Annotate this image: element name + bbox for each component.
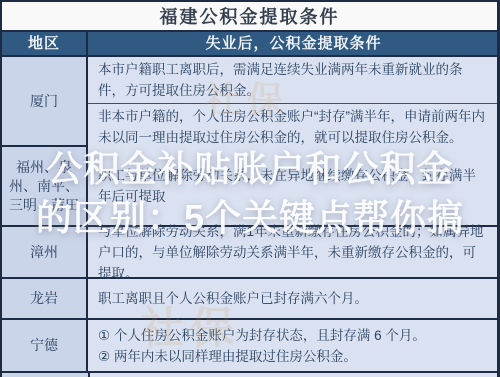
region-cell: 宁德: [2, 320, 88, 371]
region-cell-sliver: [2, 373, 90, 377]
region-cell: 厦门: [2, 57, 88, 145]
page-title: 福建公积金提取条件: [160, 3, 340, 29]
conditions-table: 地区 失业后，公积金提取条件 厦门 本市户籍职工离职后，需满足连续失业满两年未重…: [2, 32, 497, 377]
condition-cell: 职工离职且个人公积金账户已封存满六个月。: [88, 279, 497, 318]
table-row-longyan: 龙岩 职工离职且个人公积金账户已封存满六个月。: [2, 279, 497, 320]
header-condition: 失业后，公积金提取条件: [88, 32, 497, 55]
title-bar: 福建公积金提取条件: [2, 2, 497, 30]
screenshot-frame: 福建公积金提取条件 地区 失业后，公积金提取条件 厦门 本市户籍职工离职后，需满…: [0, 0, 500, 377]
condition-cell: 非本市户籍的，个人住房公积金账户“封存”满半年，申请前两年内未以同一理由提取过住…: [88, 104, 497, 150]
table-row-fuzhou-group: 福州、泉州、南平、三明、莆田 职工与单位解除劳动关系，未在异地继续缴存公积金，封…: [2, 147, 497, 227]
condition-line: ① 个人住房公积金账户为封存状态，且封存满 6 个月。: [98, 325, 489, 346]
table-next-row-sliver: [2, 373, 497, 377]
condition-cell: 本市户籍职工离职后，需满足连续失业满两年未重新就业的条件，方可提取住房公积金。: [88, 57, 497, 104]
condition-cell: 与单位解除劳动关系，满1年未重新缴存住房公积金的；如属异地户口的，与单位解除劳动…: [88, 227, 497, 277]
condition-line: ② 两年内未以同样理由提取过住房公积金。: [98, 346, 489, 367]
region-cell: 漳州: [2, 227, 88, 277]
region-cell: 福州、泉州、南平、三明、莆田: [2, 147, 88, 225]
header-region: 地区: [2, 32, 88, 55]
table-header-row: 地区 失业后，公积金提取条件: [2, 32, 497, 57]
region-cell: 龙岩: [2, 279, 88, 318]
condition-cell: 职工与单位解除劳动关系，未在异地继续缴存公积金，封存满半年后可提取: [88, 147, 497, 225]
table-row-zhangzhou: 漳州 与单位解除劳动关系，满1年未重新缴存住房公积金的；如属异地户口的，与单位解…: [2, 227, 497, 279]
table-row-ningde: 宁德 ① 个人住房公积金账户为封存状态，且封存满 6 个月。 ② 两年内未以同样…: [2, 320, 497, 373]
condition-cell-group: 本市户籍职工离职后，需满足连续失业满两年未重新就业的条件，方可提取住房公积金。 …: [88, 57, 497, 145]
condition-cell: ① 个人住房公积金账户为封存状态，且封存满 6 个月。 ② 两年内未以同样理由提…: [88, 320, 497, 371]
table-row-xiamen: 厦门 本市户籍职工离职后，需满足连续失业满两年未重新就业的条件，方可提取住房公积…: [2, 57, 497, 147]
